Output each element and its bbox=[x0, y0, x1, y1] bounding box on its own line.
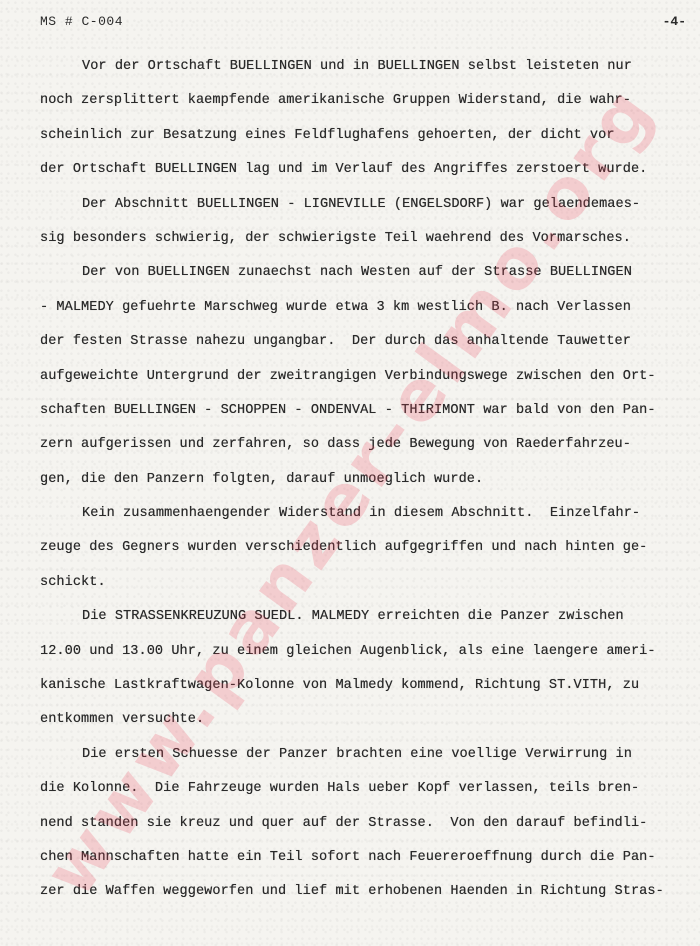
text-line: noch zersplittert kaempfende amerikanisc… bbox=[40, 84, 670, 118]
paragraph: Vor der Ortschaft BUELLINGEN und in BUEL… bbox=[40, 50, 670, 188]
paragraph: Der von BUELLINGEN zunaechst nach Westen… bbox=[40, 256, 670, 497]
paragraph: Kein zusammenhaengender Widerstand in di… bbox=[40, 497, 670, 600]
text-line: der Ortschaft BUELLINGEN lag und im Verl… bbox=[40, 153, 670, 187]
text-line: der festen Strasse nahezu ungangbar. Der… bbox=[40, 325, 670, 359]
document-page: MS # C-004 -4- Vor der Ortschaft BUELLIN… bbox=[0, 0, 700, 946]
text-line: Vor der Ortschaft BUELLINGEN und in BUEL… bbox=[40, 50, 670, 84]
text-line: 12.00 und 13.00 Uhr, zu einem gleichen A… bbox=[40, 635, 670, 669]
document-id: MS # C-004 bbox=[40, 14, 123, 29]
page-number: -4- bbox=[663, 14, 686, 29]
paragraph: Der Abschnitt BUELLINGEN - LIGNEVILLE (E… bbox=[40, 188, 670, 257]
text-line: aufgeweichte Untergrund der zweitrangige… bbox=[40, 360, 670, 394]
text-line: Die STRASSENKREUZUNG SUEDL. MALMEDY erre… bbox=[40, 600, 670, 634]
text-line: Der Abschnitt BUELLINGEN - LIGNEVILLE (E… bbox=[40, 188, 670, 222]
text-line: Die ersten Schuesse der Panzer brachten … bbox=[40, 738, 670, 772]
text-line: zer die Waffen weggeworfen und lief mit … bbox=[40, 875, 670, 909]
text-line: schaften BUELLINGEN - SCHOPPEN - ONDENVA… bbox=[40, 394, 670, 428]
text-line: entkommen versuchte. bbox=[40, 703, 670, 737]
text-line: - MALMEDY gefuehrte Marschweg wurde etwa… bbox=[40, 291, 670, 325]
text-line: die Kolonne. Die Fahrzeuge wurden Hals u… bbox=[40, 772, 670, 806]
text-line: Der von BUELLINGEN zunaechst nach Westen… bbox=[40, 256, 670, 290]
text-line: sig besonders schwierig, der schwierigst… bbox=[40, 222, 670, 256]
document-body: Vor der Ortschaft BUELLINGEN und in BUEL… bbox=[40, 50, 670, 910]
text-line: schickt. bbox=[40, 566, 670, 600]
text-line: nend standen sie kreuz und quer auf der … bbox=[40, 807, 670, 841]
paragraph: Die STRASSENKREUZUNG SUEDL. MALMEDY erre… bbox=[40, 600, 670, 738]
text-line: zern aufgerissen und zerfahren, so dass … bbox=[40, 428, 670, 462]
text-line: Kein zusammenhaengender Widerstand in di… bbox=[40, 497, 670, 531]
text-line: zeuge des Gegners wurden verschiedentlic… bbox=[40, 531, 670, 565]
paragraph: Die ersten Schuesse der Panzer brachten … bbox=[40, 738, 670, 910]
text-line: scheinlich zur Besatzung eines Feldflugh… bbox=[40, 119, 670, 153]
page-header: MS # C-004 -4- bbox=[40, 14, 686, 36]
text-line: chen Mannschaften hatte ein Teil sofort … bbox=[40, 841, 670, 875]
text-line: gen, die den Panzern folgten, darauf unm… bbox=[40, 463, 670, 497]
text-line: kanische Lastkraftwagen-Kolonne von Malm… bbox=[40, 669, 670, 703]
